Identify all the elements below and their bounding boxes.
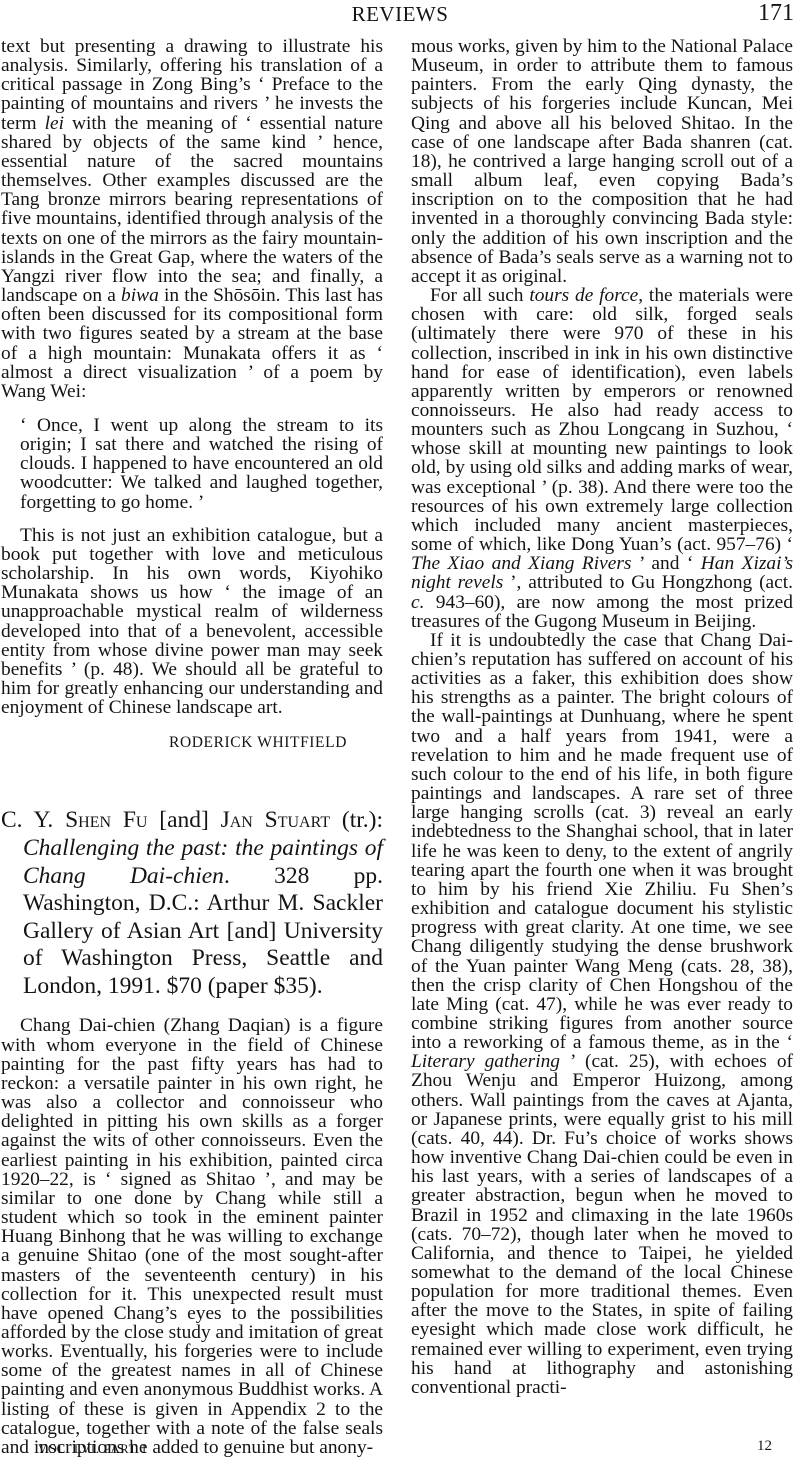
paragraph: mous works, given by him to the National… [411, 37, 793, 286]
italic-title: Literary gathering [411, 1051, 560, 1072]
author-name: Shen Fu [65, 807, 147, 833]
paragraph: If it is undoubtedly the case that Chang… [411, 631, 793, 1397]
right-column: mous works, given by him to the National… [411, 37, 793, 1397]
block-quote: ‘ Once, I went up along the stream to it… [20, 416, 383, 512]
paragraph: text but presenting a drawing to illustr… [1, 37, 383, 401]
italic-term: c. [411, 592, 424, 613]
author-name: Jan Stuart [221, 807, 330, 833]
page-number: 171 [758, 0, 794, 27]
italic-term: lei [45, 113, 64, 134]
reviewer-signature: RODERICK WHITFIELD [1, 733, 347, 752]
text-run: If it is undoubtedly the case that Chang… [411, 630, 793, 1053]
running-head-title: REVIEWS [0, 2, 800, 27]
italic-term: biwa [121, 285, 159, 306]
text-run: , the materials were chosen with care: o… [411, 285, 793, 555]
paragraph: This is not just an exhibition catalogue… [1, 526, 383, 718]
italic-term: tours de force [529, 285, 638, 306]
left-column: text but presenting a drawing to illustr… [1, 37, 383, 1457]
paragraph: Chang Dai-chien (Zhang Daqian) is a figu… [1, 1016, 383, 1457]
text-run: [and] [147, 807, 220, 833]
review-heading: C. Y. Shen Fu [and] Jan Stuart (tr.): Ch… [1, 807, 383, 1000]
text-run: ’, attributed to Gu Hongzhong (act. [503, 572, 793, 593]
signature-mark: 12 [757, 1438, 772, 1455]
text-run: 943–60), are now among the most prized t… [411, 592, 793, 632]
paragraph: For all such tours de force, the materia… [411, 286, 793, 631]
text-run: (tr.): [330, 807, 383, 833]
text-run: ’ (cat. 25), with echoes of Zhou Wenju a… [411, 1051, 793, 1398]
italic-title: The Xiao and Xiang Rivers [411, 553, 631, 574]
text-run: ’ and ‘ [631, 553, 700, 574]
text-run: with the meaning of ‘ essential nature s… [1, 113, 383, 306]
author-initials: C. Y. [1, 807, 65, 833]
text-run: For all such [430, 285, 529, 306]
running-head: REVIEWS 171 [0, 0, 800, 26]
volume-footer: VOL. LVI. PART 1 [38, 1442, 148, 1457]
